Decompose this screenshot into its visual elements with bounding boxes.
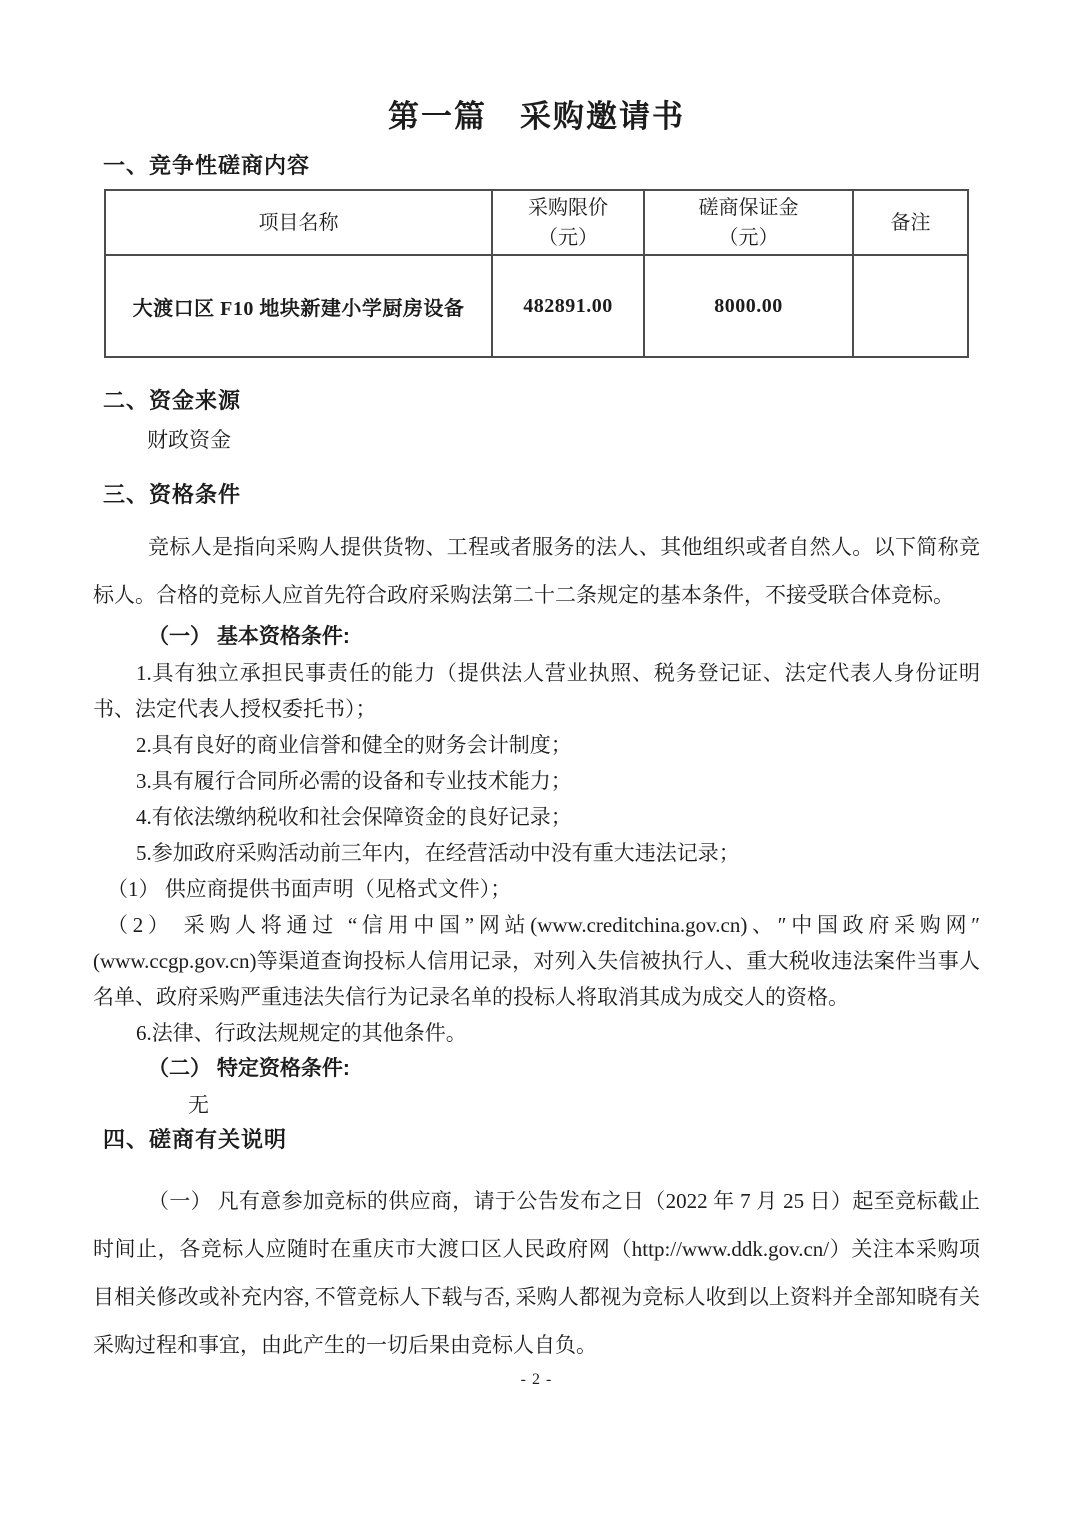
section-heading-qualification: 三、资格条件 — [103, 480, 980, 510]
section-heading-consultation-notes: 四、磋商有关说明 — [103, 1125, 980, 1155]
funding-source-value: 财政资金 — [147, 426, 980, 454]
qualification-intro-paragraph: 竞标人是指向采购人提供货物、工程或者服务的法人、其他组织或者自然人。以下简称竞标… — [93, 523, 980, 619]
basic-qualification-item-3: 3.具有履行合同所必需的设备和专业技术能力； — [93, 763, 980, 799]
table-header-price-limit: 采购限价 （元） — [492, 190, 644, 255]
document-title: 第一篇 采购邀请书 — [93, 98, 980, 135]
section-heading-funding-source: 二、资金来源 — [103, 386, 980, 416]
document-page: 第一篇 采购邀请书 一、竞争性磋商内容 项目名称 采购限价 （元） 磋商保证金 … — [0, 0, 1075, 1520]
basic-qualification-item-1: 1.具有独立承担民事责任的能力（提供法人营业执照、税务登记证、法定代表人身份证明… — [93, 655, 980, 727]
table-cell-price-limit: 482891.00 — [492, 255, 644, 357]
specific-qualification-subheading: （二） 特定资格条件: — [148, 1051, 980, 1087]
table-data-row: 大渡口区 F10 地块新建小学厨房设备 482891.00 8000.00 — [105, 255, 968, 357]
table-cell-remark — [853, 255, 968, 357]
consultation-notes-paragraph: （一） 凡有意参加竞标的供应商，请于公告发布之日（2022 年 7 月 25 日… — [93, 1177, 980, 1369]
basic-qualification-item-2: 2.具有良好的商业信誉和健全的财务会计制度； — [93, 727, 980, 763]
table-cell-deposit: 8000.00 — [644, 255, 853, 357]
table-header-remark: 备注 — [853, 190, 968, 255]
basic-qualification-item-4: 4.有依法缴纳税收和社会保障资金的良好记录； — [93, 799, 980, 835]
table-cell-project-name: 大渡口区 F10 地块新建小学厨房设备 — [105, 255, 492, 357]
basic-qualification-subheading: （一） 基本资格条件: — [148, 619, 980, 655]
basic-qualification-item-6: 6.法律、行政法规规定的其他条件。 — [93, 1015, 980, 1051]
credit-record-check-subitem: （2） 采购人将通过 “信用中国”网站(www.creditchina.gov.… — [93, 907, 980, 1015]
table-header-project-name: 项目名称 — [105, 190, 492, 255]
section-heading-consultation-content: 一、竞争性磋商内容 — [103, 151, 980, 181]
consultation-table: 项目名称 采购限价 （元） 磋商保证金 （元） 备注 大渡口区 F10 地块新建… — [104, 189, 969, 358]
page-number: - 2 - — [93, 1369, 980, 1391]
table-header-deposit: 磋商保证金 （元） — [644, 190, 853, 255]
basic-qualification-item-5: 5.参加政府采购活动前三年内，在经营活动中没有重大违法记录； — [93, 835, 980, 871]
table-header-row: 项目名称 采购限价 （元） 磋商保证金 （元） 备注 — [105, 190, 968, 255]
written-declaration-subitem: （1） 供应商提供书面声明（见格式文件）； — [93, 871, 980, 907]
specific-qualification-value: 无 — [188, 1087, 980, 1123]
